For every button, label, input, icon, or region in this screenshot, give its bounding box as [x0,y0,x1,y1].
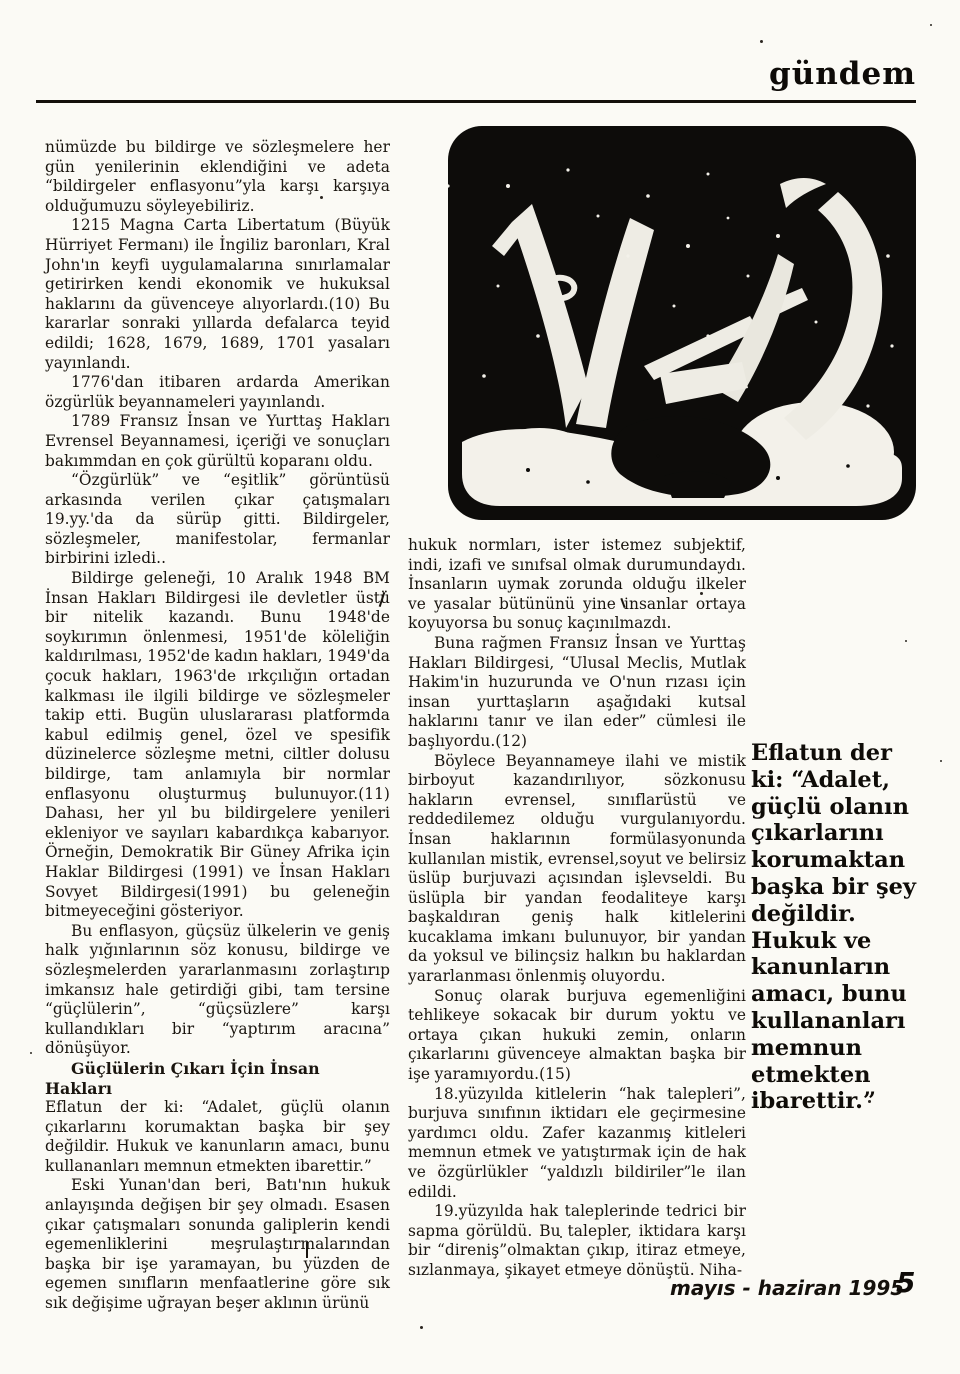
magazine-page: gündem [0,0,960,1374]
page-number: 5 [896,1266,915,1299]
scan-speck [905,640,907,642]
scan-mark [306,1242,308,1258]
footer-issue-date: mayıs - haziran 1995 [670,1276,904,1300]
paragraph: Buna rağmen Fransız İnsan ve Yurttaş Hak… [408,634,746,752]
middle-column: hukuk normları, ister istemez subjektif,… [408,536,746,1281]
scan-speck [80,1268,82,1270]
paragraph: Böylece Beyannameye ilahi ve mistik birb… [408,752,746,987]
article-photo [448,126,916,520]
header-rule [36,100,916,103]
paragraph: Bu enflasyon, güçsüz ülkelerin ve geniş … [45,922,390,1059]
pull-quote: Eflatun der ki: “Adalet, güçlü olanın çı… [751,740,925,1115]
scan-speck [940,760,942,762]
paragraph: “Özgürlük” ve “eşitlik” görüntüsü arkası… [45,471,390,569]
scan-speck [250,1300,252,1302]
paragraph: Sonuç olarak burjuva egemenliğini tehlik… [408,987,746,1085]
paragraph: Eski Yunan'dan beri, Batı'nın hukuk anla… [45,1176,390,1313]
paragraph: 1789 Fransız İnsan ve Yurttaş Hakları Ev… [45,412,390,471]
paragraph: 1215 Magna Carta Libertatum (Büyük Hürri… [45,216,390,373]
paragraph: hukuk normları, ister istemez subjektif,… [408,536,746,634]
scan-speck [930,24,932,26]
paragraph: 1776'dan itibaren ardarda Amerikan özgür… [45,373,390,412]
section-heading: Güçlülerin Çıkarı İçin İnsan Hakları [45,1059,390,1098]
paragraph: Eflatun der ki: “Adalet, güçlü olanın çı… [45,1098,390,1176]
scan-speck [420,1326,423,1329]
scan-speck [560,1236,562,1238]
scan-speck [760,40,763,43]
paragraph: Bildirge geleneği, 10 Aralık 1948 BM İns… [45,569,390,922]
left-column: nümüzde bu bildirge ve sözleşmelere her … [45,138,390,1314]
scan-speck [320,196,323,199]
scan-speck [868,1100,871,1103]
scan-speck [700,592,703,595]
paragraph: 19.yüzyılda hak taleplerinde tedrici bir… [408,1202,746,1280]
paragraph: 18.yüzyılda kitlelerin “hak talepleri”, … [408,1085,746,1203]
scan-speck [30,1052,32,1054]
sculpture-photo-graphic [448,126,916,520]
paragraph: nümüzde bu bildirge ve sözleşmelere her … [45,138,390,216]
section-label: gündem [0,56,916,92]
